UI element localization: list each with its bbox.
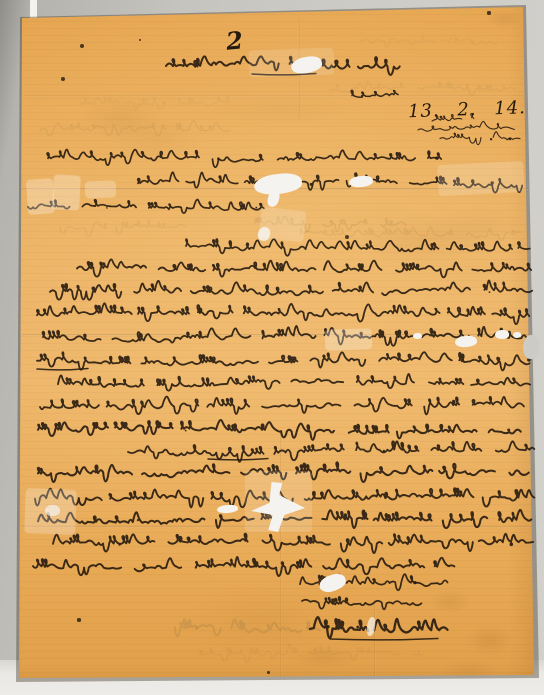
paper-hole-patch bbox=[413, 333, 422, 339]
paper-hole-patch bbox=[455, 335, 478, 348]
paper-hole-patch bbox=[317, 571, 348, 595]
tape-repair bbox=[325, 328, 373, 351]
paper-hole-patch bbox=[45, 505, 60, 516]
paper-hole-patch bbox=[217, 504, 239, 513]
paper-hole-patch bbox=[523, 335, 539, 359]
tape-repair bbox=[52, 174, 81, 210]
paper-hole-patch bbox=[366, 617, 377, 637]
tape-repair bbox=[437, 161, 525, 196]
scanned-letter-photo: 2 13. 2. 14. bbox=[0, 0, 544, 695]
paper-hole-patch bbox=[495, 330, 509, 339]
damage-layer bbox=[0, 0, 544, 695]
paper-hole-patch bbox=[349, 175, 374, 188]
tape-repair bbox=[85, 180, 117, 198]
tape-repair bbox=[26, 178, 55, 215]
paper-hole-patch bbox=[513, 332, 521, 338]
